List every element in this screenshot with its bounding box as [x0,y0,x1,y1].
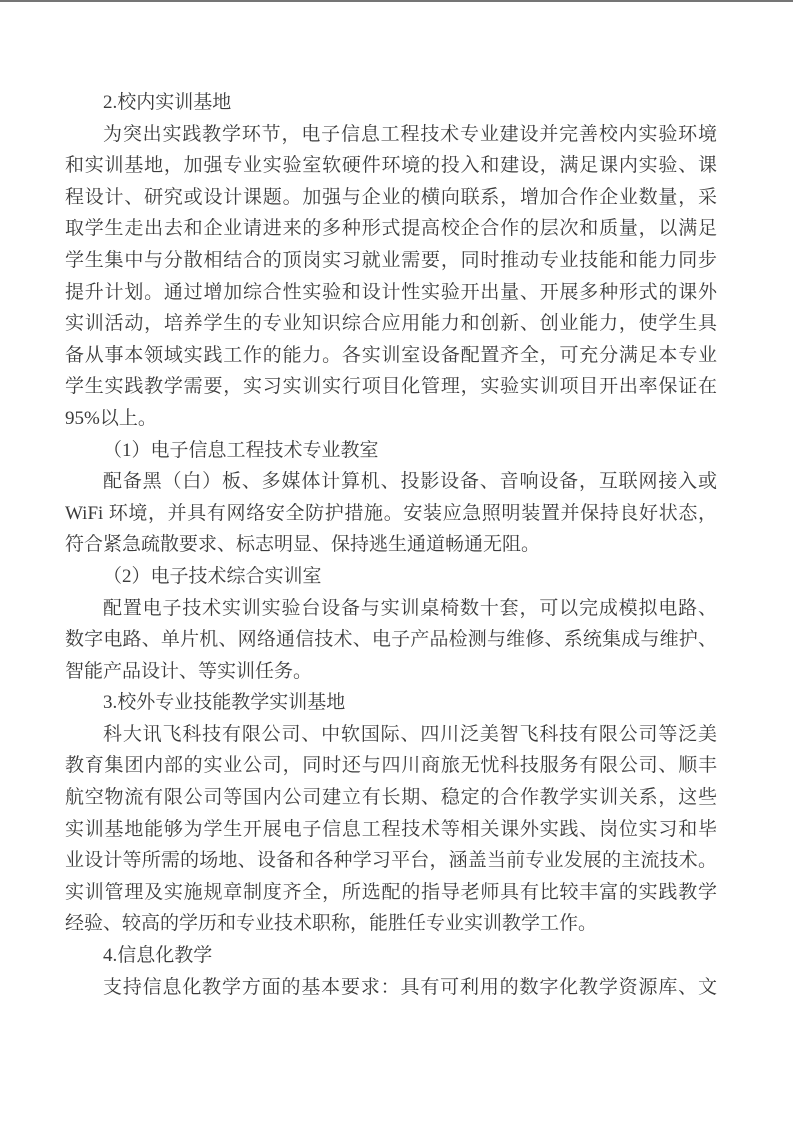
document-page: 2.校内实训基地为突出实践教学环节，电子信息工程技术专业建设并完善校内实验环境和… [0,0,793,1122]
paragraph: 配备黑（白）板、多媒体计算机、投影设备、音响设备，互联网接入或WiFi 环境，并… [65,466,717,561]
text-line: 实训管理及实施规章制度齐全，所选配的指导老师具有比较丰富的实践教学 [65,877,717,909]
section-heading: （2）电子技术综合实训室 [65,561,717,593]
heading-text-line: （1）电子信息工程技术专业教室 [65,435,717,467]
text-line: 支持信息化教学方面的基本要求：具有可利用的数字化教学资源库、文 [65,972,717,1004]
section-heading: 4.信息化教学 [65,940,717,972]
heading-text-line: 4.信息化教学 [65,940,717,972]
page-top-edge [0,0,793,2]
text-line: 数字电路、单片机、网络通信技术、电子产品检测与维修、系统集成与维护、 [65,624,717,656]
text-line: 教育集团内部的实业公司，同时还与四川商旅无忧科技服务有限公司、顺丰 [65,750,717,782]
section-heading: 3.校外专业技能教学实训基地 [65,687,717,719]
text-line: 经验、较高的学历和专业技术职称，能胜任专业实训教学工作。 [65,908,717,940]
text-line: 和实训基地，加强专业实验室软硬件环境的投入和建设，满足课内实验、课 [65,150,717,182]
section-heading: 2.校内实训基地 [65,87,717,119]
text-line: 程设计、研究或设计课题。加强与企业的横向联系，增加合作企业数量，采 [65,182,717,214]
section-heading: （1）电子信息工程技术专业教室 [65,435,717,467]
heading-text-line: 2.校内实训基地 [65,87,717,119]
text-line: 为突出实践教学环节，电子信息工程技术专业建设并完善校内实验环境 [65,119,717,151]
text-line: 航空物流有限公司等国内公司建立有长期、稳定的合作教学实训关系，这些 [65,782,717,814]
text-line: 符合紧急疏散要求、标志明显、保持逃生通道畅通无阻。 [65,529,717,561]
text-line: 业设计等所需的场地、设备和各种学习平台，涵盖当前专业发展的主流技术。 [65,845,717,877]
text-line: 实训活动，培养学生的专业知识综合应用能力和创新、创业能力，使学生具 [65,308,717,340]
paragraph: 为突出实践教学环节，电子信息工程技术专业建设并完善校内实验环境和实训基地，加强专… [65,119,717,435]
text-line: 95%以上。 [65,403,717,435]
paragraph: 配置电子技术实训实验台设备与实训桌椅数十套，可以完成模拟电路、数字电路、单片机、… [65,593,717,688]
text-line: 取学生走出去和企业请进来的多种形式提高校企合作的层次和质量，以满足 [65,213,717,245]
paragraph: 支持信息化教学方面的基本要求：具有可利用的数字化教学资源库、文 [65,972,717,1004]
text-line: 实训基地能够为学生开展电子信息工程技术等相关课外实践、岗位实习和毕 [65,814,717,846]
heading-text-line: （2）电子技术综合实训室 [65,561,717,593]
document-body: 2.校内实训基地为突出实践教学环节，电子信息工程技术专业建设并完善校内实验环境和… [65,87,717,1003]
text-line: 学生集中与分散相结合的顶岗实习就业需要，同时推动专业技能和能力同步 [65,245,717,277]
text-line: 提升计划。通过增加综合性实验和设计性实验开出量、开展多种形式的课外 [65,277,717,309]
text-line: WiFi 环境，并具有网络安全防护措施。安装应急照明装置并保持良好状态， [65,498,717,530]
text-line: 科大讯飞科技有限公司、中软国际、四川泛美智飞科技有限公司等泛美 [65,719,717,751]
heading-text-line: 3.校外专业技能教学实训基地 [65,687,717,719]
paragraph: 科大讯飞科技有限公司、中软国际、四川泛美智飞科技有限公司等泛美教育集团内部的实业… [65,719,717,940]
text-line: 配备黑（白）板、多媒体计算机、投影设备、音响设备，互联网接入或 [65,466,717,498]
text-line: 智能产品设计、等实训任务。 [65,656,717,688]
text-line: 配置电子技术实训实验台设备与实训桌椅数十套，可以完成模拟电路、 [65,593,717,625]
text-line: 学生实践教学需要，实习实训实行项目化管理，实验实训项目开出率保证在 [65,371,717,403]
text-line: 备从事本领域实践工作的能力。各实训室设备配置齐全，可充分满足本专业 [65,340,717,372]
